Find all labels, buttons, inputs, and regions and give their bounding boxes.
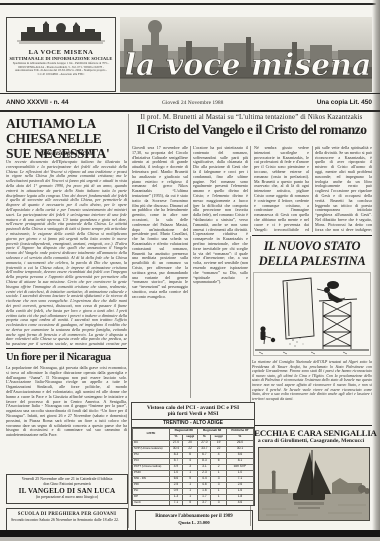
- header-liste: LISTE: [133, 428, 170, 440]
- palestina-headline: IL NUOVO STATO DELLA PALESTINA: [252, 239, 372, 268]
- logo-title: LA VOCE MISENA: [7, 49, 115, 56]
- vangelo-title: IL VANGELO DI SAN LUCA: [7, 487, 127, 496]
- dateline: ANNO XXXVII - n. 44 Giovedì 24 Novembre …: [6, 96, 372, 109]
- masthead-logo-box: LA VOCE MISENA SETTIMANALE DI INFORMAZIO…: [6, 17, 116, 92]
- elections-region: TRENTINO - ALTO ADIGE: [132, 419, 254, 428]
- preghiera-event-box: SCUOLA DI PREGHIERA PER GIOVANI Secondo …: [6, 508, 128, 532]
- vangelo-note: (in preparazione al nuovo anno liturgico…: [7, 495, 127, 500]
- masthead-town-engraving: [13, 20, 109, 44]
- logo-fine-print: Spedizione in Abbonamento Postale Gruppo…: [7, 61, 115, 76]
- column-rule-mid2: [250, 146, 251, 232]
- palestina-headline-line2: DELLA PALESTINA: [259, 254, 366, 268]
- issue-number: ANNO XXXVII - n. 44: [6, 99, 69, 106]
- chiesa-body: Un recente documento dell'Episcopato ita…: [6, 160, 127, 346]
- elections-table-body: DC27.02027.01926.0SVP (Unione tedesca)30…: [133, 440, 254, 506]
- palestina-cartoon: [253, 272, 371, 356]
- column-rule-left: [128, 114, 129, 528]
- senigallia-headline: VECCHIA E CARA SENIGALLIA: [248, 428, 374, 438]
- nicaragua-body: La popolazione del Nicaragua, già provat…: [6, 366, 127, 470]
- scan-top-edge: [0, 3, 380, 5]
- elections-table: LISTE Regionali 88 Regionali 83 Politich…: [132, 428, 254, 506]
- cristo-col1: Giovedì sera 17 novembre alle 17,30, su …: [132, 146, 188, 398]
- cristo-col3: Né sembra giusto vedere intenzioni sacri…: [254, 146, 309, 232]
- copy-price: Una copia Lit. 450: [317, 99, 372, 106]
- palestina-caption: La riunione del Consiglio Nazionale dell…: [252, 360, 372, 422]
- cristo-headline: Il Cristo del Vangelo e il Cristo del ro…: [131, 122, 372, 138]
- elections-box: Vistoso calo del PCI - avanti DC e PSI p…: [131, 402, 255, 506]
- preghiera-body: Secondo incontro Sabato 26 Novembre in S…: [7, 518, 127, 523]
- elections-title-line2: più forti Verdi e MSI: [132, 411, 254, 417]
- vangelo-event-box: Venerdì 25 Novembre alle ore 21 in Catte…: [6, 474, 128, 504]
- cristo-col2: L'oratore ha poi sintetizzato il contenu…: [193, 146, 248, 398]
- nicaragua-headline: Un fiore per il Nicaragua: [6, 352, 127, 363]
- masthead-photo: la voce misena: [120, 17, 372, 92]
- cristo-col4-text: più sulle vette della spiritualità e del…: [315, 146, 372, 232]
- column-rule-mid1: [190, 146, 191, 398]
- senigallia-byline: a cura di Girolimetti, Casagrande, Mencu…: [248, 438, 374, 444]
- column-rule-mid3: [312, 146, 313, 232]
- cristo-kicker: Il prof. M. Brunetti al Mastai su “L'ult…: [131, 114, 372, 121]
- newspaper-front-page: LA VOCE MISENA SETTIMANALE DI INFORMAZIO…: [0, 0, 380, 541]
- abbonamento-line2: Quota L. 25.000: [136, 520, 252, 526]
- rule-above-palestina: [252, 235, 372, 236]
- publication-date: Giovedì 24 Novembre 1988: [162, 100, 224, 106]
- chiesa-byline: di Giuseppe Nicoli: [6, 149, 127, 157]
- scan-bottom-edge: [0, 530, 380, 537]
- abbonamento-box: Rinnovare l'abbonamento per il 1989 Quot…: [135, 510, 253, 532]
- masthead-script-title: la voce misena: [125, 48, 372, 83]
- senigallia-photo: [258, 447, 370, 521]
- rule-above-senigallia: [252, 425, 372, 426]
- rule-above-nicaragua: [6, 348, 127, 349]
- rule-under-masthead: [0, 93, 380, 94]
- scan-right-edge: [372, 0, 380, 541]
- scan-bottom-margin: [0, 537, 380, 541]
- elections-title-line1: Vistoso calo del PCI - avanti DC e PSI: [132, 403, 254, 411]
- table-row: Verdi7.153.734.6: [133, 500, 254, 506]
- rule-under-dateline: [0, 110, 380, 112]
- cristo-col4: più sulle vette della spiritualità e del…: [315, 146, 372, 232]
- palestina-headline-line1: IL NUOVO STATO: [264, 239, 361, 253]
